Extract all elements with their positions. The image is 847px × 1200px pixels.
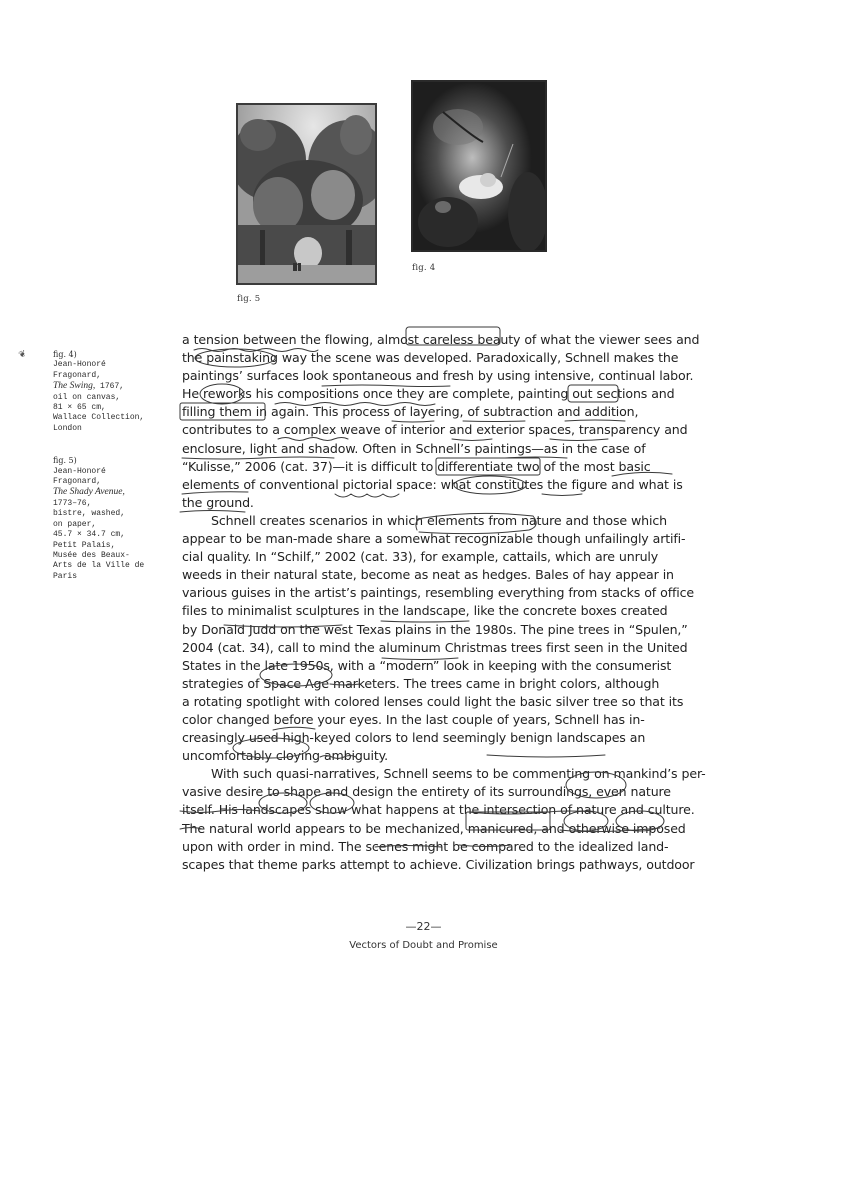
- caption-detail: 45.7 × 34.7 cm,: [53, 530, 173, 540]
- text-line: 2004 (cat. 34), call to mind the aluminu…: [182, 639, 668, 657]
- caption-detail: oil on canvas,: [53, 393, 173, 403]
- caption-artist: Jean-Honoré: [53, 467, 173, 477]
- caption-detail: London: [53, 424, 173, 434]
- caption-fig-5: fig. 5) Jean-Honoré Fragonard, The Shady…: [53, 456, 173, 582]
- caption-label: fig. 4): [53, 350, 173, 360]
- text-line: elements of conventional pictorial space…: [182, 476, 668, 494]
- text-line: States in the late 1950s, with a “modern…: [182, 657, 668, 675]
- caption-detail: 1773–76,: [53, 499, 173, 509]
- figure-swing-image: [411, 80, 547, 252]
- text-line: color changed before your eyes. In the l…: [182, 711, 668, 729]
- figure-shady-avenue-image: [236, 103, 377, 285]
- caption-detail: Musée des Beaux-: [53, 551, 173, 561]
- text-line: filling them in again. This process of l…: [182, 403, 668, 421]
- caption-detail: Petit Palais,: [53, 541, 173, 551]
- text-line: a tension between the flowing, almost ca…: [182, 331, 668, 349]
- text-line: various guises in the artist’s paintings…: [182, 584, 668, 602]
- text-line: scapes that theme parks attempt to achie…: [182, 856, 668, 874]
- caption-artist: Jean-Honoré: [53, 360, 173, 370]
- margin-mark-icon: ❦: [18, 349, 29, 361]
- text-line: strategies of Space Age marketers. The t…: [182, 675, 668, 693]
- page-number: —22—: [0, 920, 847, 933]
- shady-avenue-illustration: [238, 105, 375, 283]
- swing-illustration: [413, 82, 545, 250]
- text-line: cial quality. In “Schilf,” 2002 (cat. 33…: [182, 548, 668, 566]
- text-line: files to minimalist sculptures in the la…: [182, 602, 668, 620]
- figure-4-label: fig. 4: [412, 263, 435, 273]
- text-line: “Kulisse,” 2006 (cat. 37)—it is difficul…: [182, 458, 668, 476]
- text-line: appear to be man-made share a somewhat r…: [182, 530, 668, 548]
- caption-label: fig. 5): [53, 456, 173, 466]
- body-text: a tension between the flowing, almost ca…: [182, 331, 668, 874]
- text-line: a rotating spotlight with colored lenses…: [182, 693, 668, 711]
- text-line: vasive desire to shape and design the en…: [182, 783, 668, 801]
- caption-title: The Shady Avenue,: [53, 487, 125, 497]
- paragraph-start-line: With such quasi-narratives, Schnell seem…: [182, 765, 668, 783]
- text-line: weeds in their natural state, become as …: [182, 566, 668, 584]
- caption-title: The Swing,: [53, 381, 95, 391]
- text-line: The natural world appears to be mechaniz…: [182, 820, 668, 838]
- running-title: Vectors of Doubt and Promise: [0, 940, 847, 951]
- caption-artist: Fragonard,: [53, 371, 173, 381]
- caption-detail: bistre, washed,: [53, 509, 173, 519]
- text-line: the ground.: [182, 494, 668, 512]
- text-line: by Donald Judd on the west Texas plains …: [182, 621, 668, 639]
- caption-detail: Arts de la Ville de: [53, 561, 173, 571]
- figure-captions: fig. 4) Jean-Honoré Fragonard, The Swing…: [53, 350, 173, 604]
- text-line: enclosure, light and shadow. Often in Sc…: [182, 440, 668, 458]
- caption-artist: Fragonard,: [53, 477, 173, 487]
- figure-5-label: fig. 5: [237, 294, 260, 304]
- text-line: He reworks his compositions once they ar…: [182, 385, 668, 403]
- text-line: itself. His landscapes show what happens…: [182, 801, 668, 819]
- text-line: paintings’ surfaces look spontaneous and…: [182, 367, 668, 385]
- text-line: upon with order in mind. The scenes migh…: [182, 838, 668, 856]
- text-line: creasingly used high-keyed colors to len…: [182, 729, 668, 747]
- caption-detail: Paris: [53, 572, 173, 582]
- text-line: the painstaking way the scene was develo…: [182, 349, 668, 367]
- caption-detail: 81 × 65 cm,: [53, 403, 173, 413]
- caption-detail: on paper,: [53, 520, 173, 530]
- text-line: uncomfortably cloying ambiguity.: [182, 747, 668, 765]
- caption-year: 1767,: [95, 382, 124, 391]
- caption-fig-4: fig. 4) Jean-Honoré Fragonard, The Swing…: [53, 350, 173, 434]
- paragraph-start-line: Schnell creates scenarios in which eleme…: [182, 512, 668, 530]
- caption-detail: Wallace Collection,: [53, 413, 173, 423]
- text-line: contributes to a complex weave of interi…: [182, 421, 668, 439]
